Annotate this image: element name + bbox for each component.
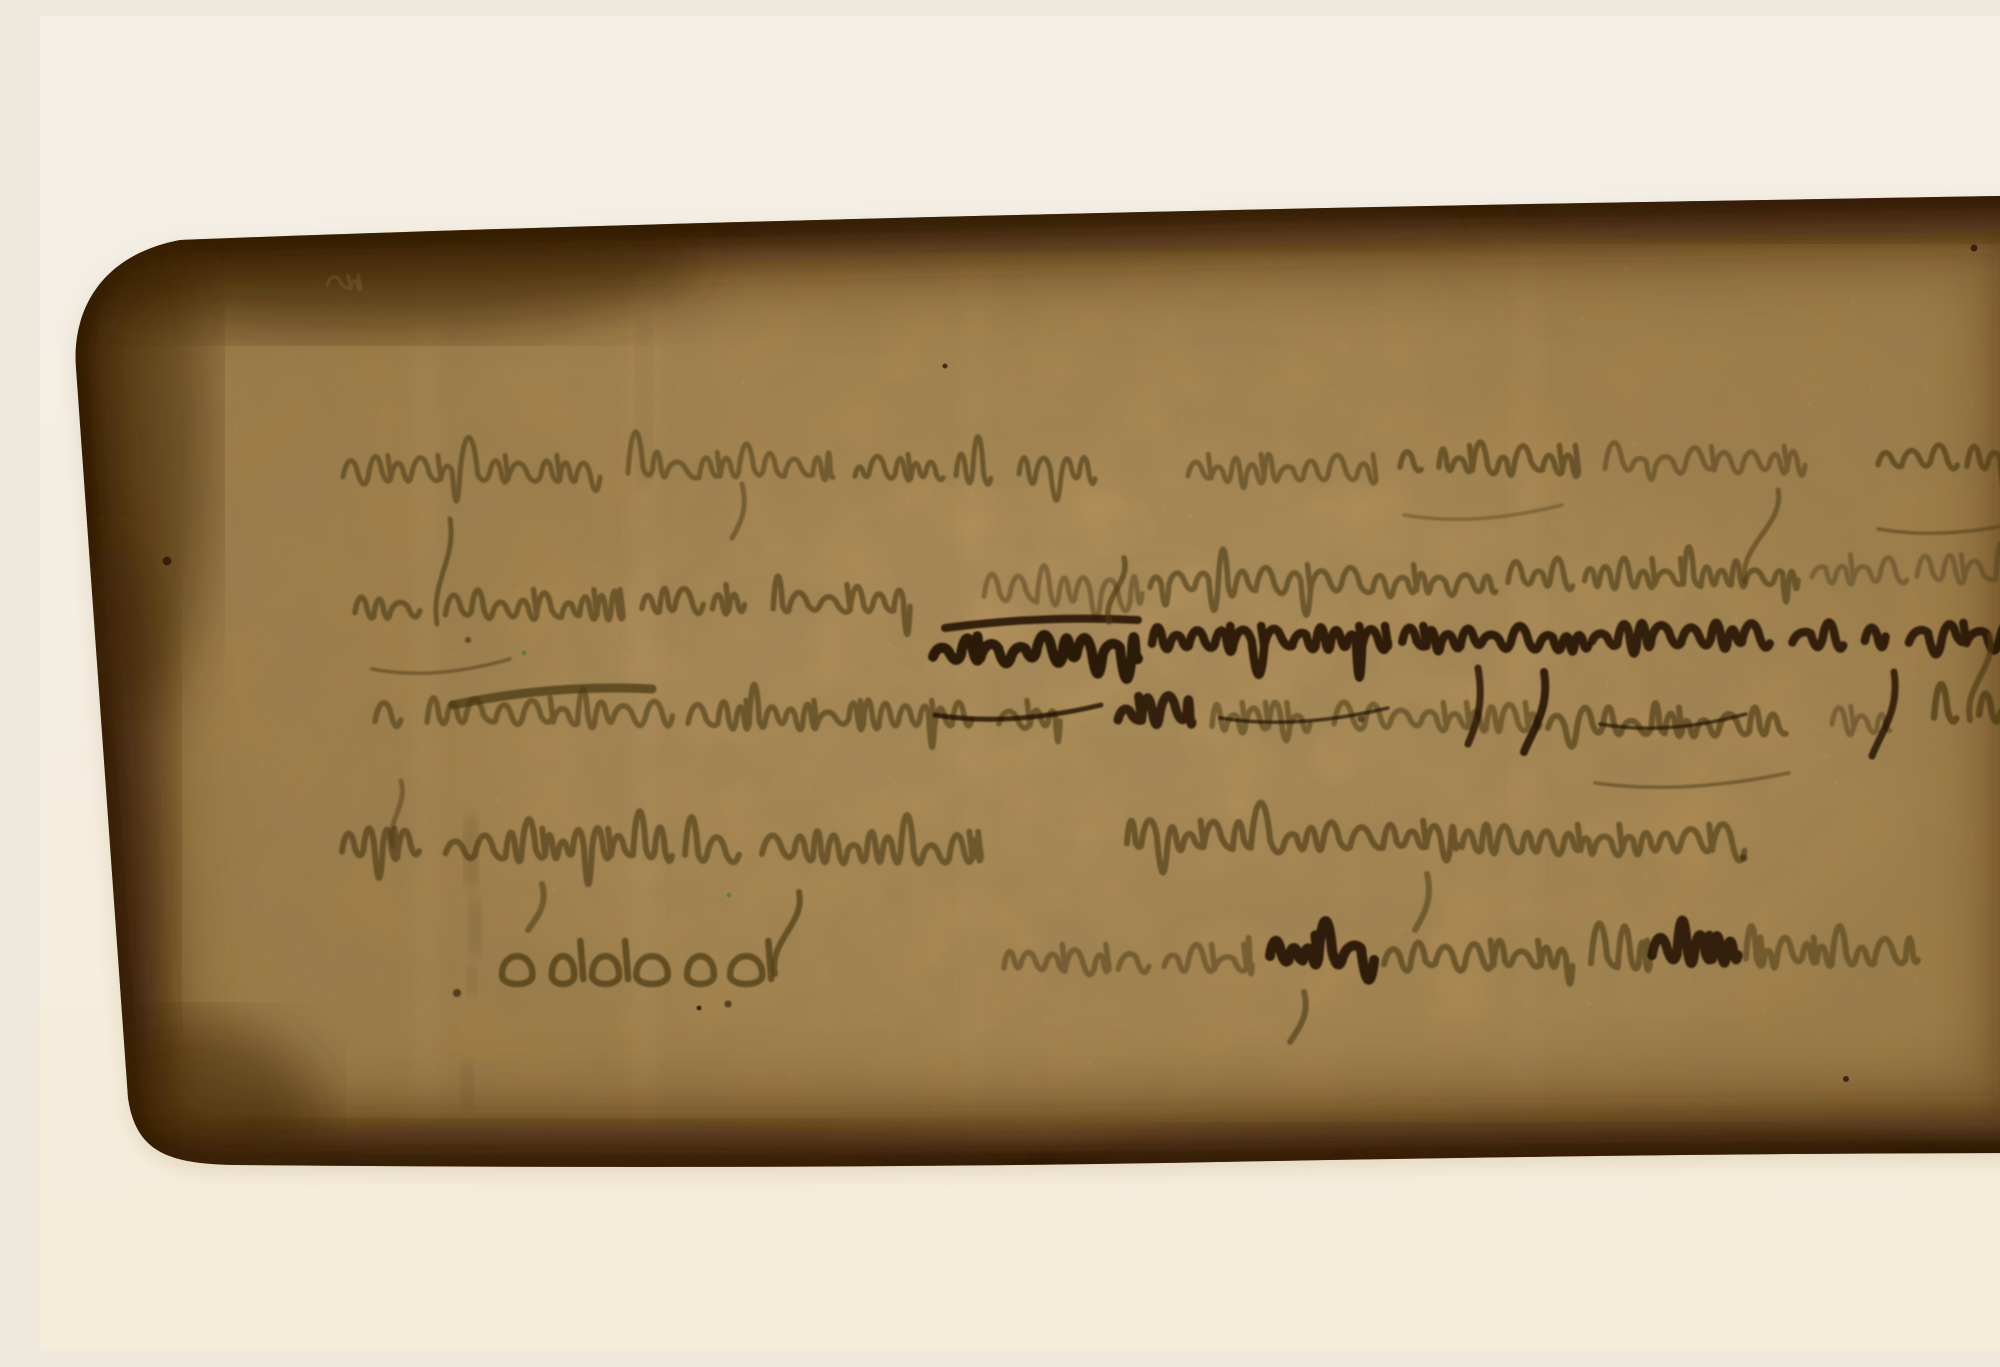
ink-dot-2: [725, 1001, 732, 1008]
manuscript-leaf: [40, 166, 2000, 1211]
dark-speck-5: [943, 364, 948, 369]
dark-speck-4: [697, 1006, 702, 1011]
stain-smudge-5: [636, 316, 652, 486]
stain-smudge-3: [467, 966, 477, 996]
dark-speck-2: [1843, 1076, 1849, 1082]
dark-speck-1: [163, 557, 172, 566]
green-fleck-2: [727, 893, 732, 898]
ink-dot-4: [1741, 855, 1748, 862]
ink-dot-3: [1358, 716, 1365, 723]
manuscript-photo: [40, 16, 2000, 1351]
ink-dot-5: [465, 637, 471, 643]
stain-smudge-1: [464, 816, 478, 888]
photograph-frame: Backlit photograph of a single long rect…: [40, 16, 2000, 1351]
stain-smudge-4: [461, 1062, 473, 1110]
dark-speck-3: [1971, 245, 1978, 252]
stain-smudge-2: [469, 898, 481, 956]
green-fleck-1: [522, 651, 527, 656]
ink-dot-1: [453, 989, 461, 997]
